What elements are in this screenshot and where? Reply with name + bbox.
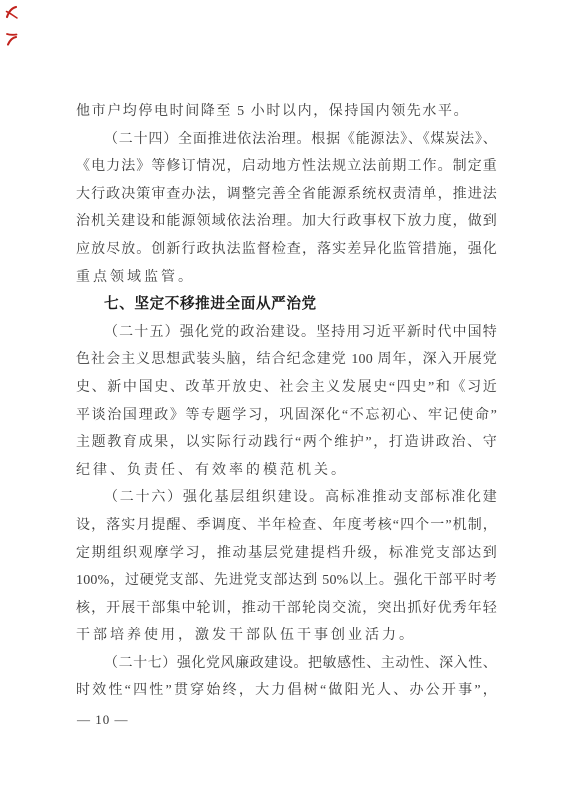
text-line: 设，落实月提醒、季调度、半年检查、年度考核“四个一”机制，: [76, 512, 497, 540]
red-stamp-mark-top-icon: [5, 5, 18, 20]
text-line: 重点领域监管。: [76, 264, 497, 292]
text-line: 治机关建设和能源领域依法治理。加大行政事权下放力度，做到: [76, 208, 497, 236]
paragraph-first-line: （二十七）强化党风廉政建设。把敏感性、主动性、深入性、: [76, 650, 497, 678]
red-stamp-mark-bottom-icon: [5, 31, 18, 47]
text-line: 平谈治国理政》等专题学习，巩固深化“不忘初心、牢记使命”: [76, 402, 497, 430]
document-body: 他市户均停电时间降至 5 小时以内，保持国内领先水平。 （二十四）全面推进依法治…: [76, 98, 497, 705]
text-line: 100%，过硬党支部、先进党支部达到 50%以上。强化干部平时考: [76, 567, 497, 595]
text-line: 时效性“四性”贯穿始终，大力倡树“做阳光人、办公开事”，: [76, 677, 497, 705]
section-heading: 七、坚定不移推进全面从严治党: [76, 291, 497, 319]
paragraph-first-line: （二十四）全面推进依法治理。根据《能源法》、《煤炭法》、: [76, 126, 497, 154]
text-line: 核，开展干部集中轮训，推动干部轮岗交流，突出抓好优秀年轻: [76, 595, 497, 623]
text-line: 纪律、负责任、有效率的模范机关。: [76, 457, 497, 485]
text-line: 《电力法》等修订情况，启动地方性法规立法前期工作。制定重: [76, 153, 497, 181]
paragraph-first-line: （二十五）强化党的政治建设。坚持用习近平新时代中国特: [76, 319, 497, 347]
text-line: 色社会主义思想武装头脑，结合纪念建党 100 周年，深入开展党: [76, 346, 497, 374]
text-line: 他市户均停电时间降至 5 小时以内，保持国内领先水平。: [76, 98, 497, 126]
text-line: 应放尽放。创新行政执法监督检查，落实差异化监管措施，强化: [76, 236, 497, 264]
page-number: — 10 —: [77, 712, 129, 728]
text-line: 定期组织观摩学习，推动基层党建提档升级，标准党支部达到: [76, 540, 497, 568]
text-line: 史、新中国史、改革开放史、社会主义发展史“四史”和《习近: [76, 374, 497, 402]
text-line: 干部培养使用，激发干部队伍干事创业活力。: [76, 622, 497, 650]
text-line: 大行政决策审查办法，调整完善全省能源系统权责清单，推进法: [76, 181, 497, 209]
text-line: 主题教育成果，以实际行动践行“两个维护”，打造讲政治、守: [76, 429, 497, 457]
paragraph-first-line: （二十六）强化基层组织建设。高标准推动支部标准化建: [76, 484, 497, 512]
document-page: 他市户均停电时间降至 5 小时以内，保持国内领先水平。 （二十四）全面推进依法治…: [0, 0, 566, 800]
scan-artifacts: [5, 5, 21, 58]
